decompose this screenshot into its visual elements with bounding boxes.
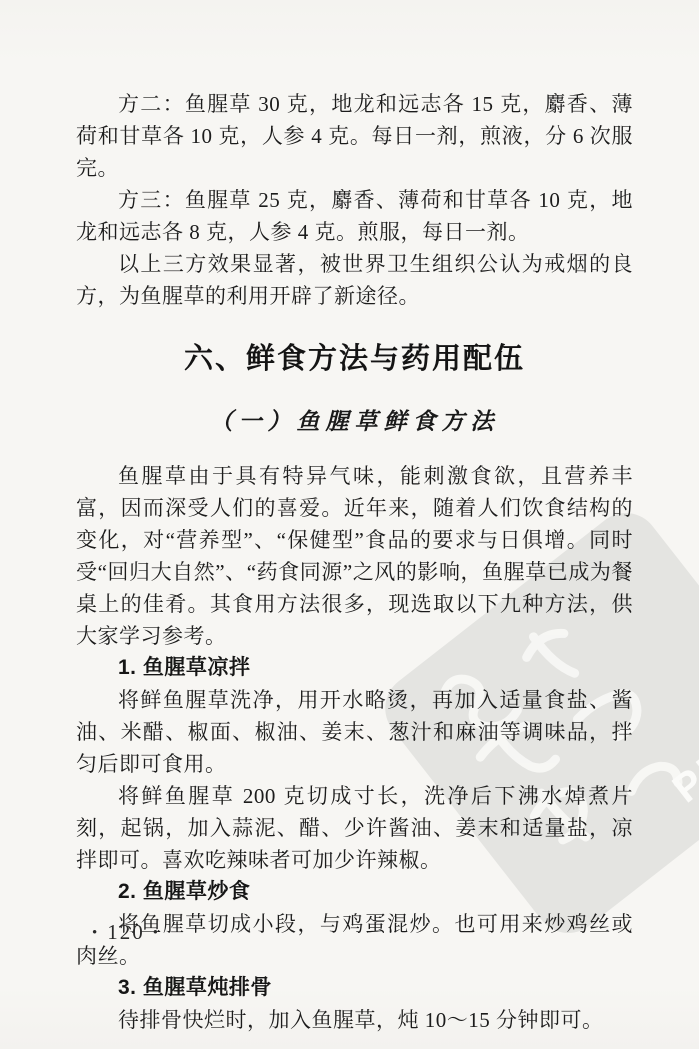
- section-title: （一）鱼腥草鲜食方法: [76, 403, 633, 436]
- method-1-heading: 1. 鱼腥草凉拌: [76, 652, 633, 684]
- section-intro-paragraph: 鱼腥草由于具有特异气味，能刺激食欲，且营养丰富，因而深受人们的喜爱。近年来，随着…: [76, 460, 633, 652]
- page-number-value: 120: [107, 920, 145, 944]
- recipe-paragraph-fang-san: 方三：鱼腥草 25 克，麝香、薄荷和甘草各 10 克，地龙和远志各 8 克，人参…: [76, 184, 633, 248]
- book-page: PDG 方二：鱼腥草 30 克，地龙和远志各 15 克，麝香、薄荷和甘草各 10…: [0, 0, 699, 1049]
- chapter-title: 六、鲜食方法与药用配伍: [76, 336, 633, 377]
- method-2-heading: 2. 鱼腥草炒食: [76, 876, 633, 908]
- method-3-paragraph: 待排骨快烂时，加入鱼腥草，炖 10～15 分钟即可。: [76, 1004, 633, 1036]
- page-number-left-dot: •: [84, 925, 107, 941]
- summary-paragraph: 以上三方效果显著，被世界卫生组织公认为戒烟的良方，为鱼腥草的利用开辟了新途径。: [76, 248, 633, 312]
- method-1-paragraph: 将鲜鱼腥草洗净，用开水略烫，再加入适量食盐、酱油、米醋、椒面、椒油、姜末、葱汁和…: [76, 684, 633, 780]
- method-3-heading: 3. 鱼腥草炖排骨: [76, 972, 633, 1004]
- page-number-right-dot: •: [145, 925, 168, 941]
- page-content: 方二：鱼腥草 30 克，地龙和远志各 15 克，麝香、薄荷和甘草各 10 克，人…: [0, 0, 699, 1036]
- method-1-paragraph: 将鲜鱼腥草 200 克切成寸长，洗净后下沸水焯煮片刻，起锅，加入蒜泥、醋、少许酱…: [76, 780, 633, 876]
- page-number: •120•: [84, 920, 168, 945]
- recipe-paragraph-fang-er: 方二：鱼腥草 30 克，地龙和远志各 15 克，麝香、薄荷和甘草各 10 克，人…: [76, 88, 633, 184]
